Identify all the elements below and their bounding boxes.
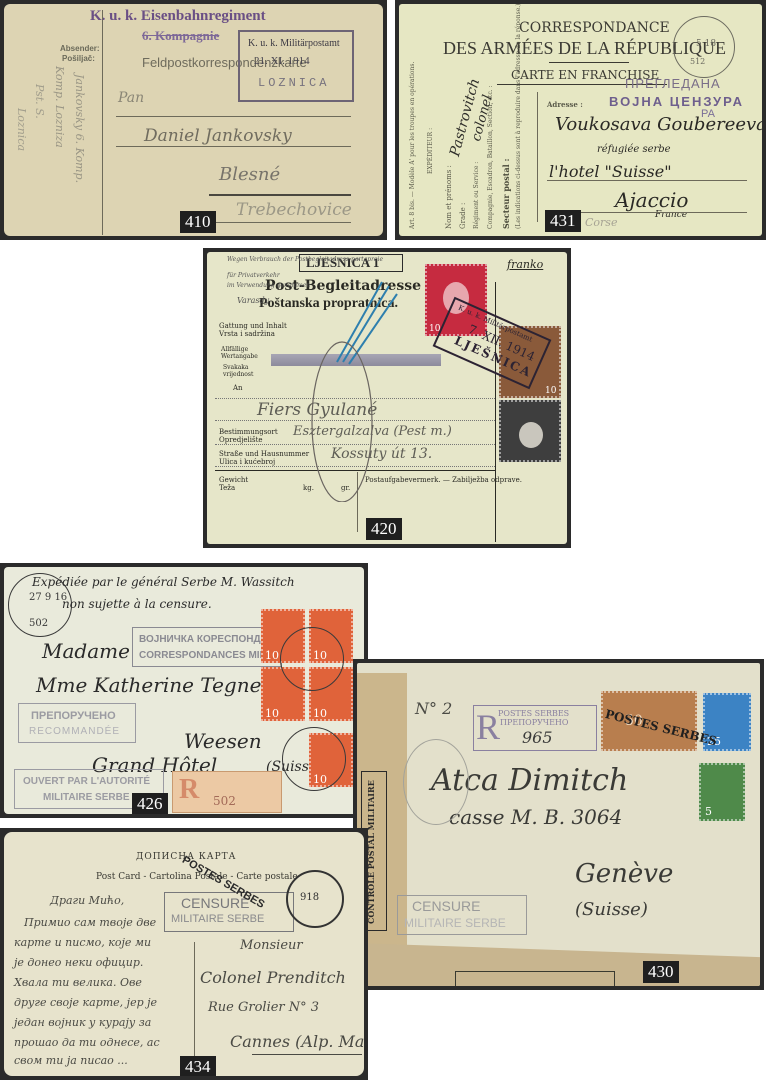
registered-box: ПРЕПОРУЧЕНО RECOMMANDÉE (18, 703, 136, 743)
address-hotel: l'hotel "Suisse" (549, 162, 672, 181)
note-line-2: non sujette à la censure. (62, 597, 212, 611)
card-divider (194, 942, 195, 1072)
postmark-office: 512 (690, 57, 705, 66)
address-underline (252, 1054, 362, 1055)
franko-note: franko (507, 258, 543, 271)
box-line-2: MILITAIRE SERBE (43, 792, 129, 803)
field-street-hr: Ulica i kućebroj (219, 458, 275, 466)
address-name: Daniel Jankovsky (144, 126, 292, 146)
address-label: Adresse : (547, 100, 583, 109)
lot-410-card[interactable]: K. u. k. Eisenbahnregiment 6. Kompagnie … (0, 0, 387, 240)
stamp-value: 10 (265, 649, 279, 662)
address-name: Mme Katherine Tegnely (36, 673, 279, 697)
note-line-4: Varasdy (237, 296, 269, 305)
address-title: Monsieur (240, 938, 303, 953)
unit-stamp-line2: 6. Kompagnie (142, 28, 219, 44)
field-value-de: Allfällige Wertangabe (221, 346, 261, 360)
address-street: Rue Grolier N° 3 (208, 1000, 319, 1015)
note-line-1: Wegen Verbrauch der Postbegleitadress-pa… (227, 256, 383, 263)
address-box: casse M. B. 3064 (449, 805, 622, 829)
field-regiment: Régiment ou Service : (473, 162, 480, 229)
reg-letter: R (179, 774, 199, 806)
reg-line-1: POSTES SERBES (498, 709, 569, 718)
censor-line-2: MILITAIRE SERBE (171, 913, 264, 925)
address-rule-4 (209, 222, 351, 223)
postmark-on-stamps (280, 627, 344, 691)
sender-line-4: Loznica (15, 108, 28, 151)
cancel-date: 21. XI. 1914 (254, 55, 310, 67)
stamp-value: 10 (265, 707, 279, 720)
postmark-431: 5 18 512 (673, 16, 735, 78)
postmark-date: 5 18 (696, 39, 716, 49)
lot-number: 426 (132, 793, 168, 814)
title-line-1: CORRESPONDANCE (519, 20, 670, 36)
cover-430: CONTRÔLE POSTAL MILITAIRE R POSTES SERBE… (357, 663, 760, 986)
sender-label-de: Absender: (60, 44, 100, 53)
registration-box: R POSTES SERBES ПРЕПОРУЧЕНО 965 (473, 705, 597, 751)
field-weight-hr: Teža (219, 484, 235, 492)
postcard-431: CORRESPONDANCE DES ARMÉES DE LA RÉPUBLIQ… (399, 4, 762, 236)
censor-box: CENSURE MILITAIRE SERBE (397, 895, 527, 935)
censor-line-1: CENSURE (412, 898, 480, 914)
cancel-place: LOZNICA (258, 76, 329, 90)
field-street-de: Straße und Hausnummer (219, 450, 309, 458)
postmark-434: 918 (286, 870, 344, 928)
address-rule-1 (116, 116, 351, 117)
sender-divider (102, 10, 103, 235)
address-rule-2 (116, 146, 351, 147)
message-line: један војник у курају за (14, 1016, 151, 1029)
field-note: (Les indications ci-dessus sont à reprod… (515, 4, 522, 229)
form-divider (537, 92, 538, 222)
message-line: је донео неки официр. (14, 956, 143, 969)
postcard-434: ДОПИСНА КАРТА Post Card - Cartolina Post… (4, 832, 364, 1076)
address-rule-3 (209, 194, 351, 196)
address-town: Genève (575, 859, 673, 889)
lot-number: 431 (545, 210, 581, 232)
address-town: Blesné (219, 164, 280, 185)
message-line: Хвала ти велика. Ове (14, 976, 142, 989)
title-rule (549, 62, 629, 63)
message-line: Примио сам твоје две (24, 916, 156, 929)
address-salutation: Pan (118, 90, 144, 106)
postmark-date: 918 (300, 892, 319, 903)
parcel-card-420: LJESNICA 1 Post-Begleitadresse Poštanska… (207, 252, 567, 544)
field-recipient: An (233, 384, 243, 392)
reg-letter: R (476, 706, 500, 748)
lot-number: 410 (180, 211, 216, 233)
address-town: Weesen (184, 729, 262, 753)
reg-number: 502 (213, 794, 236, 808)
registration-label: R 502 (172, 771, 282, 813)
stamp-value: 10 (313, 707, 327, 720)
postcard-410: K. u. k. Eisenbahnregiment 6. Kompagnie … (4, 4, 383, 236)
lot-434-card[interactable]: ДОПИСНА КАРТА Post Card - Cartolina Post… (0, 828, 368, 1080)
field-value-hr: Svakaka vrijednost (223, 364, 263, 378)
portrait (519, 422, 543, 448)
postmark-on-stamps (282, 727, 346, 791)
field-contents-de: Gattung und Inhalt (219, 322, 287, 330)
address-town: Cannes (Alp. Mar.) (230, 1032, 364, 1051)
cancel-office: K. u. k. Militärpostamt (248, 38, 340, 49)
military-post-cancel: K. u. k. Militärpostamt 21. XI. 1914 LOZ… (238, 30, 354, 102)
field-destination-hr: Opredjelište (219, 436, 263, 444)
stamp-grey (499, 400, 561, 462)
field-destination-de: Bestimmungsort (219, 428, 278, 436)
lot-number: 434 (180, 1056, 216, 1076)
stamp-sower-5c: 5 (699, 763, 745, 821)
address-region: Corse (585, 216, 617, 229)
postmark-office: 502 (29, 618, 48, 629)
reg-number: 965 (522, 728, 553, 747)
field-name: Nom et prénoms : (445, 165, 453, 229)
sender-line-2: Komp. Lozniza (53, 66, 66, 148)
note-line-2: für Privatverkehr (227, 272, 280, 279)
lot-number: 430 (643, 961, 679, 983)
field-weight-de: Gewicht (219, 476, 248, 484)
military-correspondence-box: ВОЈНИЧКА КОРЕСПОНДЕНЦИЈА CORRESPONDANCES… (132, 627, 282, 667)
address-rule (547, 180, 747, 181)
stamp-value: 5 (705, 805, 712, 818)
sender-line-1: Jankovsky 6. Komp. (73, 74, 86, 183)
censor-line-2: ВОЈНА ЦЕНЗУРА (609, 94, 744, 109)
message-line: свом ти ја писао ... (14, 1054, 128, 1067)
address-note: réfugiée serbe (597, 144, 671, 155)
message-line: прошао да ти однесе, ас (14, 1036, 160, 1049)
censor-line-1: ПРЕГЛЕДАНА (625, 76, 721, 91)
lot-431-card[interactable]: CORRESPONDANCE DES ARMÉES DE LA RÉPUBLIQ… (395, 0, 766, 240)
field-grade: Grade : (459, 203, 467, 229)
address-town: Ajaccio (615, 188, 688, 212)
lot-430-cover[interactable]: CONTRÔLE POSTAL MILITAIRE R POSTES SERBE… (353, 659, 764, 990)
unit-stamp-line1: K. u. k. Eisenbahnregiment (90, 8, 266, 25)
field-sector: Secteur postal : (501, 159, 511, 229)
stamp-value: 10 (545, 386, 556, 396)
address-madame: Madame (42, 639, 130, 663)
censor-line-2: MILITAIRE SERBE (404, 916, 506, 930)
address-country: (Suisse) (575, 899, 648, 920)
message-line: друге своје карте, јер је (14, 996, 157, 1009)
cover-426: 27 9 16 502 Expédiée par le général Serb… (4, 567, 364, 814)
note-line-1: Expédiée par le général Serbe M. Wassitc… (32, 575, 295, 589)
message-line: карте и писмо, које ми (14, 936, 151, 949)
address-number: N° 2 (415, 699, 452, 718)
field-contents-hr: Vrsta i sadržina (219, 330, 275, 338)
lot-number: 420 (366, 518, 402, 540)
censor-box: CENSURE MILITAIRE SERBE (164, 892, 294, 932)
lot-426-card[interactable]: 27 9 16 502 Expédiée par le général Serb… (0, 563, 368, 818)
side-note: Art. 8 bis. — Modèle A' pour les troupes… (409, 62, 416, 229)
message-line: Драги Мићо, (50, 894, 124, 907)
lot-420-card[interactable]: LJESNICA 1 Post-Begleitadresse Poštanska… (203, 248, 571, 548)
expediteur-label: EXPÉDITEUR : (427, 128, 434, 174)
box-line-1: ПРЕПОРУЧЕНО (31, 710, 116, 722)
censor-tape-box-bottom (455, 971, 615, 986)
address-name: Voukosava Goubereevatz (555, 114, 762, 135)
reg-line-2: ПРЕПОРУЧЕНО (500, 718, 568, 727)
address-district: Trebechovice (236, 200, 352, 220)
sender-label-hr: Pošiljač: (62, 54, 95, 63)
box-line-1: OUVERT PAR L'AUTORITÉ (23, 776, 150, 787)
censor-oval (403, 739, 469, 825)
address-name: Colonel Prenditch (200, 968, 346, 987)
box-line-2: RECOMMANDÉE (29, 726, 120, 737)
sender-line-3: Pst. S. (33, 84, 46, 119)
